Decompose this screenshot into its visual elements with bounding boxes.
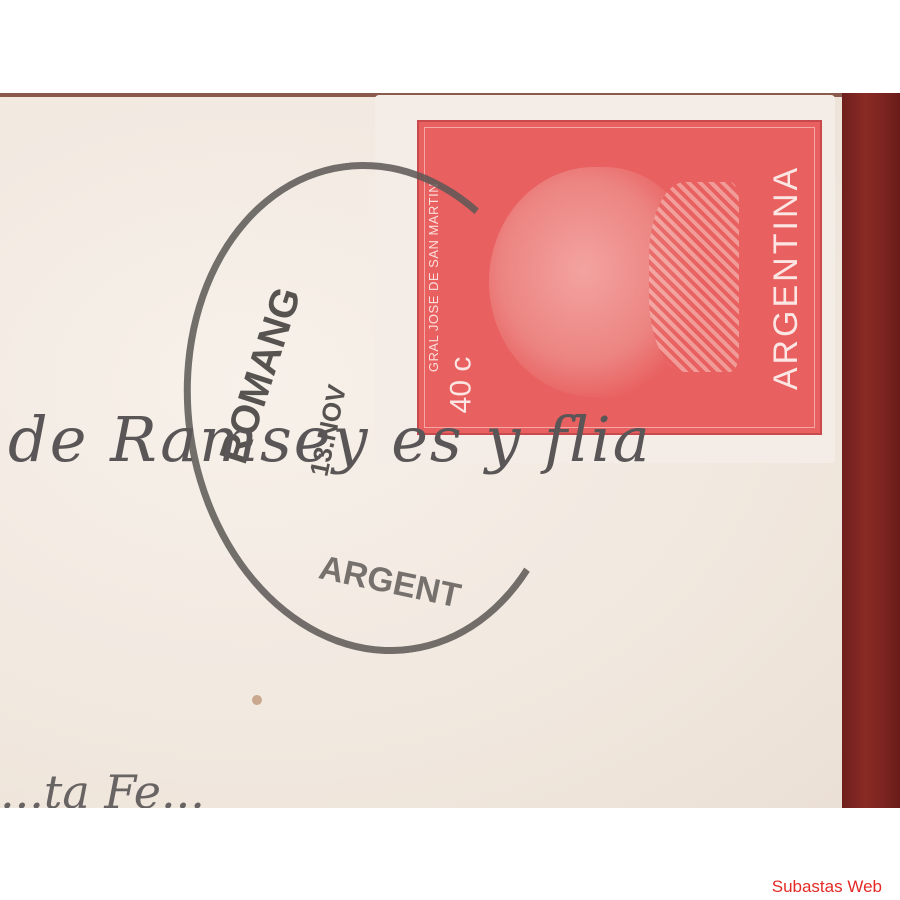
stamp-country-label: ARGENTINA: [764, 122, 810, 433]
stamp-country-text: ARGENTINA: [768, 165, 807, 390]
stamp-uniform-collar: [649, 182, 739, 372]
envelope-photo: GRAL JOSE DE SAN MARTIN 40 c ARGENTINA R…: [0, 93, 900, 808]
red-backing: [842, 93, 900, 808]
paper-stain: [252, 695, 262, 705]
handwritten-address-line1: de Ramsey es y flia: [8, 403, 652, 476]
handwritten-address-line2: ...ta Fe...: [0, 765, 205, 808]
watermark: Subastas Web: [772, 877, 882, 897]
